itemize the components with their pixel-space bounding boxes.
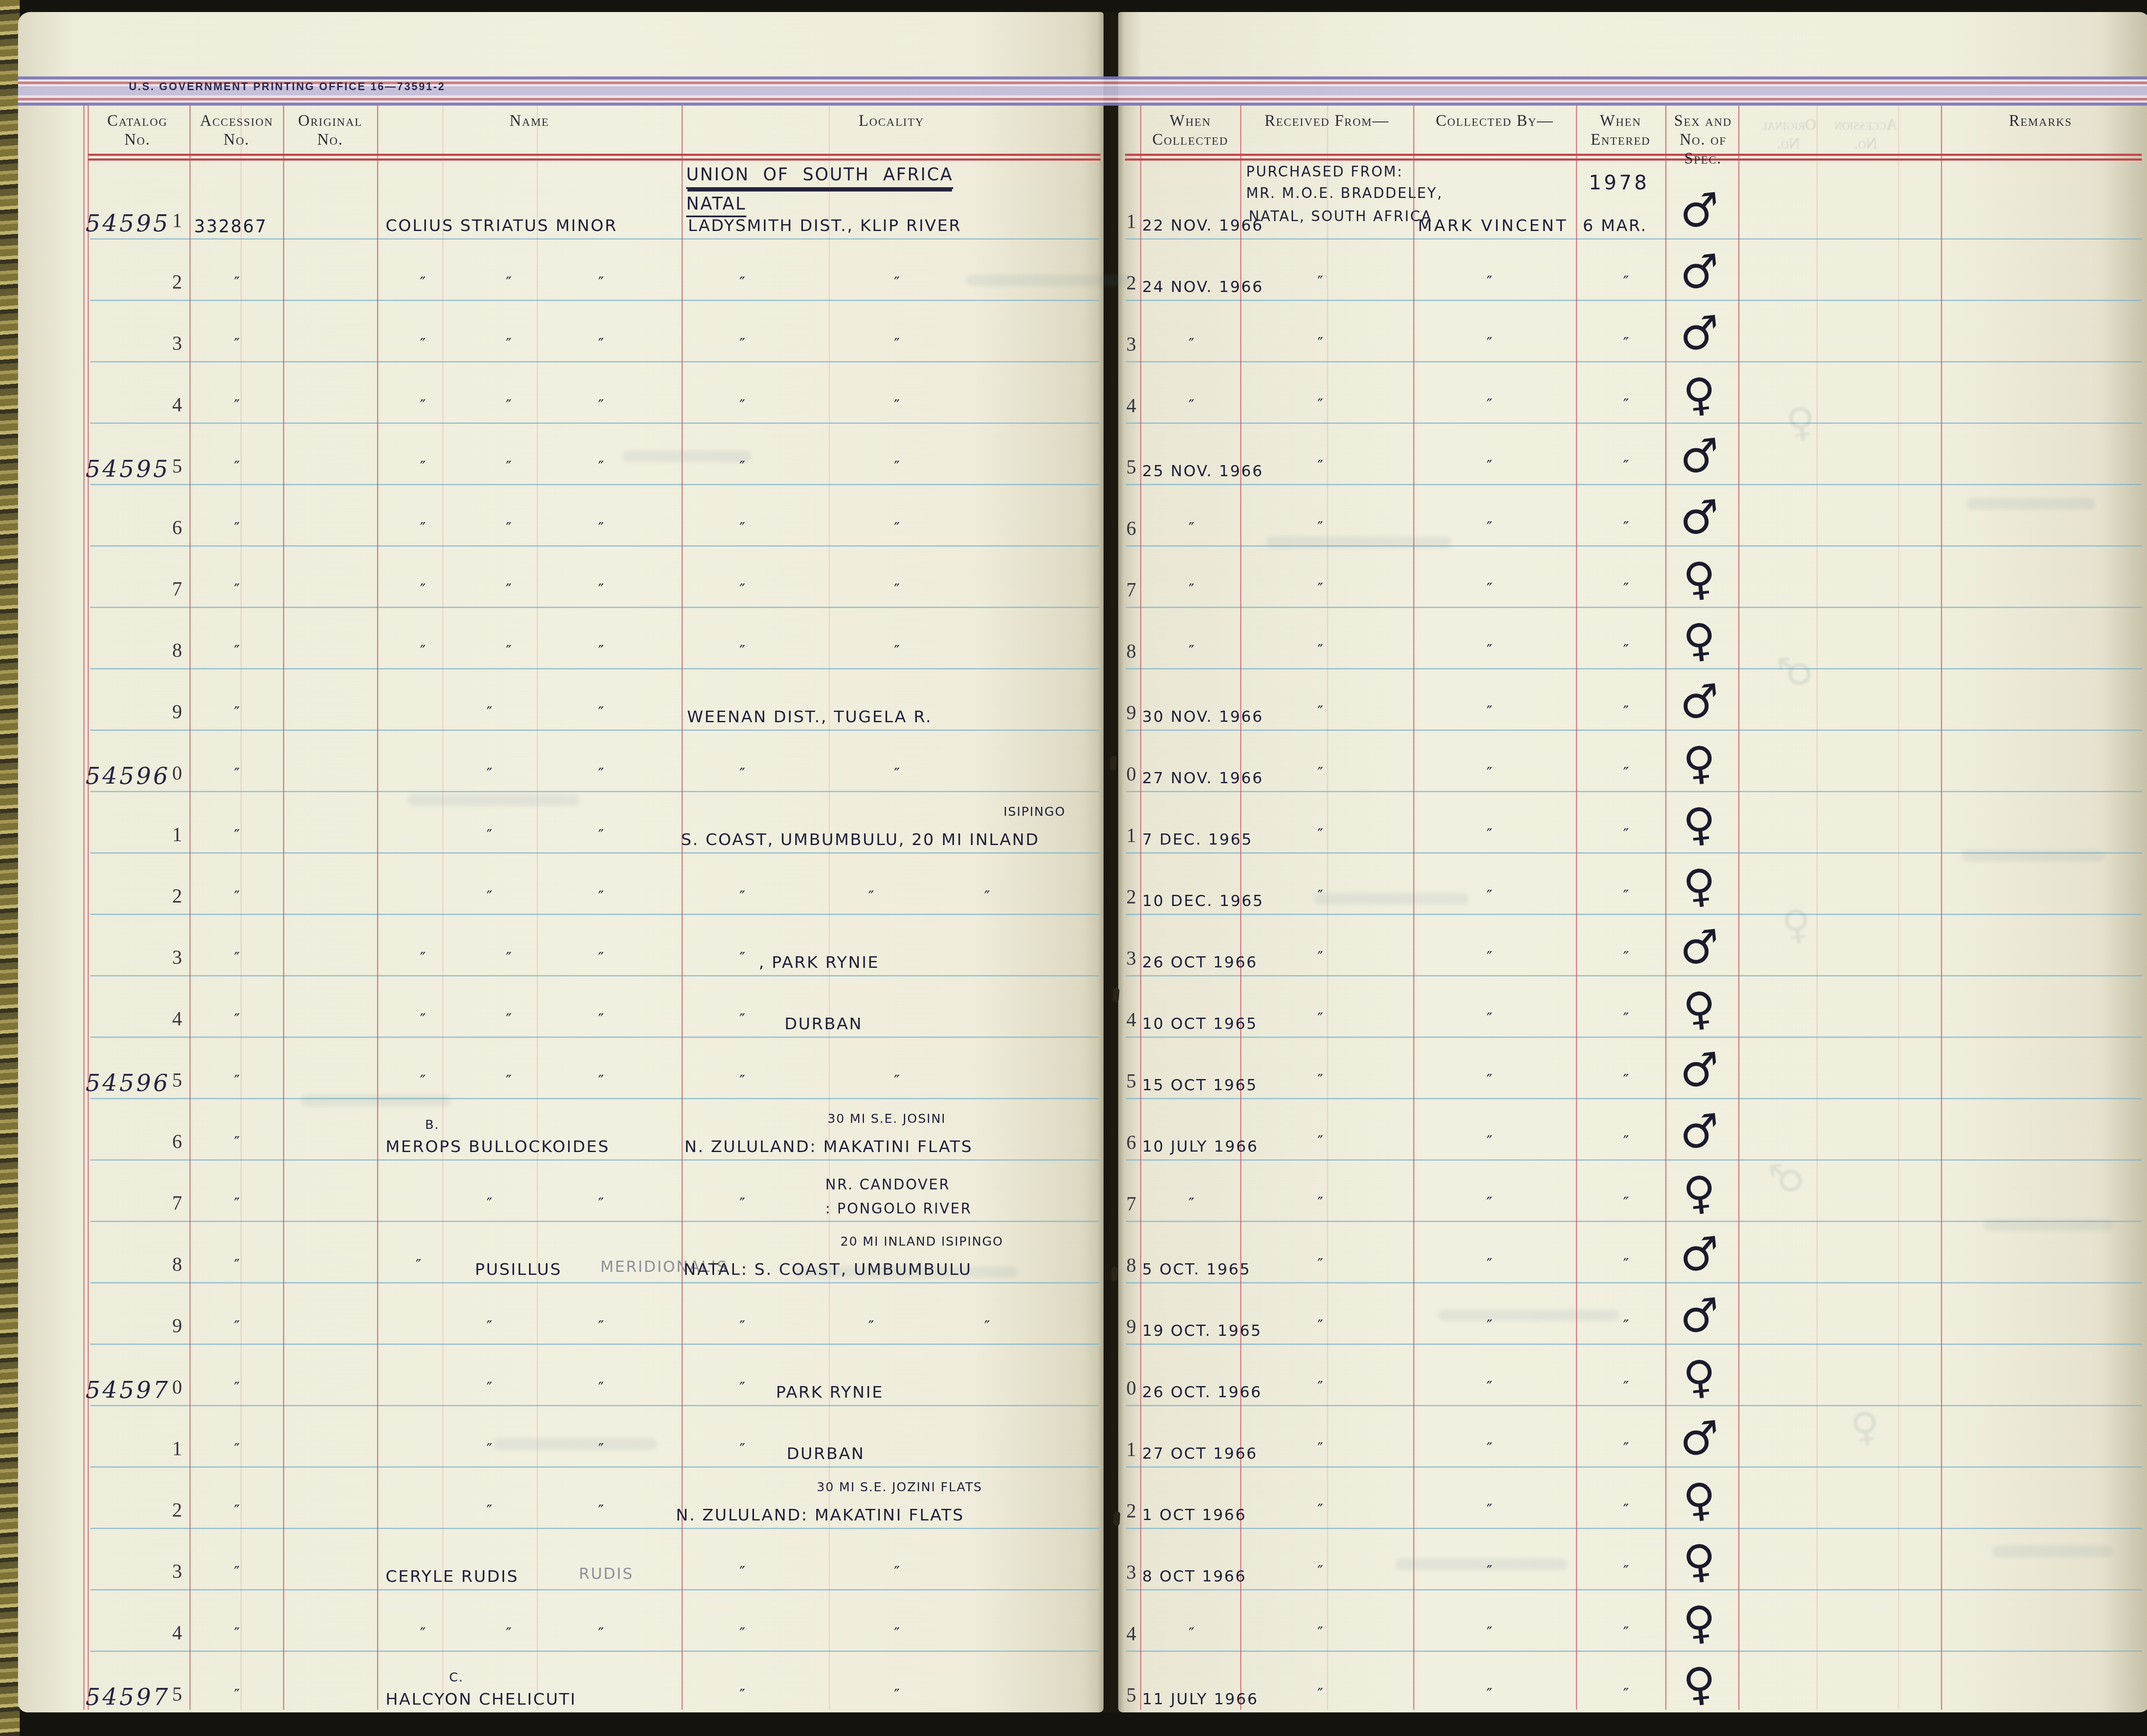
cell-locality-ditto-r23: ″ <box>894 1563 900 1581</box>
cell-locality-ditto-r5: ″ <box>894 458 900 476</box>
cell-name-ditto-r8: ″ <box>420 642 426 660</box>
region-heading-line1: UNION OF SOUTH AFRICA <box>686 165 953 189</box>
cell-when-collected-r14: 10 OCT 1965 <box>1142 1015 1258 1033</box>
cell-received-from-ditto-r21: ″ <box>1317 1440 1323 1457</box>
cell-when-collected-rowdigit-r11: 1 <box>1114 824 1136 847</box>
cell-name-ditto-r21: ″ <box>487 1441 492 1458</box>
cell-sex-symbol-r20: ♀ <box>1669 1348 1730 1406</box>
cell-name-ditto-r15: ″ <box>598 1072 604 1090</box>
cell-collected-by-ditto-r16: ″ <box>1487 1133 1492 1150</box>
cell-collected-by-ditto-r3: ″ <box>1487 334 1492 352</box>
cell-locality-ditto-r24: ″ <box>739 1625 745 1642</box>
cell-locality-r13: , PARK RYNIE <box>759 953 879 972</box>
cell-accession-r1: 332867 <box>194 217 268 237</box>
cell-received-from-ditto-r4: ″ <box>1317 396 1323 413</box>
column-header-when-entered: When Entered <box>1590 112 1650 149</box>
column-header-collected-by: Collected By— <box>1436 112 1554 131</box>
cell-locality-r14: DURBAN <box>785 1014 863 1033</box>
blue-rule-line <box>1126 1037 2142 1038</box>
cell-when-collected-r13: 26 OCT 1966 <box>1142 954 1258 971</box>
cell-locality-super-r18: 20 MI INLAND ISIPINGO <box>840 1234 1004 1249</box>
cell-catalog-rowdigit-r19: 9 <box>172 1314 182 1337</box>
blue-rule-line <box>1126 238 2142 240</box>
cell-name-ditto-r20: ″ <box>598 1379 604 1397</box>
cell-name-ditto-r11: ″ <box>598 827 604 844</box>
bleed-through-ghost <box>408 794 580 806</box>
cell-when-collected-r21: 27 OCT 1966 <box>1142 1445 1258 1462</box>
bleed-through-ghost <box>1984 1219 2113 1231</box>
cell-accession-ditto-r12: ″ <box>234 888 240 906</box>
cell-when-collected-rowdigit-r24: 4 <box>1114 1622 1136 1645</box>
column-header-catalog: Catalog No. <box>107 112 168 149</box>
cell-locality-ditto-r2: ″ <box>739 274 745 292</box>
cell-name-ditto-r5: ″ <box>598 458 604 476</box>
cell-name-ditto-r13: ″ <box>420 949 426 967</box>
cell-received-from-ditto-r8: ″ <box>1317 641 1323 659</box>
blue-rule-line <box>1126 668 2142 669</box>
cell-when-entered-ditto-r6: ″ <box>1623 519 1629 536</box>
cell-name-ditto-r3: ″ <box>506 335 511 353</box>
cell-sex-symbol-r19: ♂ <box>1669 1287 1730 1345</box>
cell-accession-ditto-r21: ″ <box>234 1441 240 1458</box>
cell-catalog-prefix-r15: 54596 <box>68 1070 170 1097</box>
cell-received-from-ditto-r10: ″ <box>1317 764 1323 782</box>
cell-sex-symbol-r25: ♀ <box>1669 1655 1730 1713</box>
column-line <box>1413 106 1414 1710</box>
cell-received-from-ditto-r15: ″ <box>1317 1071 1323 1089</box>
cell-accession-ditto-r14: ″ <box>234 1011 240 1028</box>
cell-locality-r16: N. ZULULAND: MAKATINI FLATS <box>684 1137 973 1156</box>
blue-rule-line <box>1126 1651 2142 1652</box>
cell-locality-ditto-r12: ″ <box>868 888 874 906</box>
cell-when-entered-ditto-r2: ″ <box>1623 273 1629 291</box>
cell-received-from-ditto-r2: ″ <box>1317 273 1323 291</box>
cell-collected-by-r1: MARK VINCENT <box>1418 216 1568 235</box>
cell-received-from-ditto-r19: ″ <box>1317 1317 1323 1335</box>
blue-rule-line <box>1126 1528 2142 1529</box>
cell-when-collected-r9: 30 NOV. 1966 <box>1142 708 1263 726</box>
cell-catalog-rowdigit-r24: 4 <box>172 1621 182 1644</box>
cell-when-collected-rowdigit-r2: 2 <box>1114 271 1136 294</box>
cell-when-collected-r11: 7 DEC. 1965 <box>1142 831 1253 848</box>
cell-when-entered-ditto-r14: ″ <box>1623 1010 1629 1028</box>
cell-locality-ditto-r12: ″ <box>984 888 990 906</box>
cell-name-ditto-r22: ″ <box>598 1502 604 1520</box>
column-line <box>1327 106 1328 1710</box>
column-line <box>1738 106 1739 1710</box>
column-line <box>1140 106 1141 1710</box>
cell-locality-ditto-r10: ″ <box>894 765 900 783</box>
cell-when-collected-rowdigit-r22: 2 <box>1114 1499 1136 1522</box>
cell-name-ditto-r15: ″ <box>420 1072 426 1090</box>
cell-when-entered-ditto-r23: ″ <box>1623 1563 1629 1580</box>
cell-when-collected-rowdigit-r25: 5 <box>1114 1684 1136 1706</box>
cell-catalog-rowdigit-r1: 1 <box>172 209 182 232</box>
cell-accession-ditto-r7: ″ <box>234 581 240 599</box>
cell-locality-line2-r17: : PONGOLO RIVER <box>825 1200 972 1217</box>
bleed-through-ghost <box>301 1095 451 1106</box>
cell-locality-super-r16: 30 MI S.E. JOSINI <box>827 1111 946 1126</box>
cell-catalog-rowdigit-r21: 1 <box>172 1437 182 1460</box>
cell-catalog-rowdigit-r25: 5 <box>172 1683 182 1706</box>
ledger-scan: U.S. GOVERNMENT PRINTING OFFICE 16—73591… <box>0 0 2147 1736</box>
cell-accession-ditto-r3: ″ <box>234 335 240 353</box>
cell-locality-super-r22: 30 MI S.E. JOZINI FLATS <box>817 1480 982 1494</box>
cell-when-entered-ditto-r7: ″ <box>1623 580 1629 598</box>
column-line <box>283 106 284 1710</box>
cell-when-collected-ditto-r17: ″ <box>1189 1195 1194 1213</box>
column-line <box>377 106 378 1710</box>
cell-accession-ditto-r22: ″ <box>234 1502 240 1520</box>
cell-when-collected-rowdigit-r6: 6 <box>1114 517 1136 540</box>
blue-rule-line <box>1126 1282 2142 1283</box>
bleed-through-ghost <box>1992 1546 2113 1557</box>
cell-locality-ditto-r21: ″ <box>739 1441 745 1458</box>
cell-received-from-ditto-r25: ″ <box>1317 1685 1323 1703</box>
cell-name-ditto-r6: ″ <box>598 520 604 537</box>
cell-when-entered-r1: 6 MAR. <box>1583 216 1647 235</box>
cell-received-from-ditto-r14: ″ <box>1317 1010 1323 1028</box>
cell-collected-by-ditto-r18: ″ <box>1487 1256 1492 1273</box>
cell-name-ditto-r8: ″ <box>598 642 604 660</box>
header-rule-left <box>88 154 1101 161</box>
cell-catalog-rowdigit-r10: 0 <box>172 762 182 784</box>
cell-catalog-rowdigit-r3: 3 <box>172 332 182 355</box>
cell-collected-by-ditto-r17: ″ <box>1487 1194 1492 1212</box>
column-line <box>1816 106 1818 1710</box>
cell-collected-by-ditto-r12: ″ <box>1487 887 1492 905</box>
cell-name-ditto-r3: ″ <box>598 335 604 353</box>
cell-name-ditto-r10: ″ <box>487 765 492 783</box>
cell-name-ditto-r24: ″ <box>420 1625 426 1642</box>
cell-collected-by-ditto-r25: ″ <box>1487 1685 1492 1703</box>
column-line <box>681 106 683 1710</box>
column-line <box>442 106 444 1710</box>
cell-received-from-ditto-r9: ″ <box>1317 703 1323 721</box>
cell-when-entered-ditto-r13: ″ <box>1623 949 1629 966</box>
cell-collected-by-ditto-r5: ″ <box>1487 457 1492 475</box>
cell-accession-ditto-r9: ″ <box>234 704 240 721</box>
cell-when-collected-rowdigit-r13: 3 <box>1114 947 1136 970</box>
column-header-when-collected: When Collected <box>1153 112 1229 149</box>
cell-when-collected-ditto-r6: ″ <box>1189 520 1194 537</box>
cell-received-from-ditto-r23: ″ <box>1317 1563 1323 1580</box>
cell-sex-symbol-r2: ♂ <box>1669 243 1730 301</box>
blue-rule-line <box>1126 730 2142 731</box>
cell-when-collected-ditto-r8: ″ <box>1189 642 1194 660</box>
cell-collected-by-ditto-r2: ″ <box>1487 273 1492 291</box>
printer-mark: U.S. GOVERNMENT PRINTING OFFICE 16—73591… <box>129 81 445 93</box>
blue-rule-line <box>1126 791 2142 792</box>
cell-collected-by-ditto-r13: ″ <box>1487 949 1492 966</box>
cell-locality-ditto-r25: ″ <box>894 1686 900 1704</box>
cell-locality-ditto-r2: ″ <box>894 274 900 292</box>
cell-sex-symbol-r9: ♂ <box>1669 673 1730 731</box>
cell-locality-super-r11: ISIPINGO <box>1004 804 1066 819</box>
cell-catalog-rowdigit-r12: 2 <box>172 885 182 907</box>
cell-catalog-rowdigit-r20: 0 <box>172 1376 182 1399</box>
cell-name-ditto-r4: ″ <box>598 397 604 414</box>
cell-name-ditto-r12: ″ <box>487 888 492 906</box>
cell-catalog-rowdigit-r13: 3 <box>172 946 182 969</box>
cell-catalog-rowdigit-r6: 6 <box>172 516 182 539</box>
cell-locality-r11: S. COAST, UMBUMBULU, 20 MI INLAND <box>681 830 1040 849</box>
column-header-name: Name <box>510 112 550 131</box>
bleed-ghost-sex-symbol: ♂ <box>1775 646 1816 696</box>
cell-sex-symbol-r8: ♀ <box>1669 611 1730 669</box>
cell-catalog-rowdigit-r4: 4 <box>172 393 182 416</box>
cell-when-collected-rowdigit-r3: 3 <box>1114 333 1136 356</box>
cell-name-ditto-r6: ″ <box>506 520 511 537</box>
cell-sex-symbol-r1: ♂ <box>1669 182 1730 240</box>
region-heading-line2: NATAL <box>686 194 746 217</box>
cell-locality-ditto-r3: ″ <box>894 335 900 353</box>
cell-when-collected-rowdigit-r19: 9 <box>1114 1315 1136 1338</box>
bleed-through-ghost <box>623 451 751 462</box>
cell-collected-by-ditto-r19: ″ <box>1487 1317 1492 1335</box>
cell-when-entered-ditto-r17: ″ <box>1623 1194 1629 1212</box>
blue-rule-line <box>1126 975 2142 976</box>
cell-when-entered-ditto-r19: ″ <box>1623 1317 1629 1335</box>
cell-locality-ditto-r19: ″ <box>984 1318 990 1335</box>
cell-when-collected-r5: 25 NOV. 1966 <box>1142 462 1263 480</box>
cell-catalog-rowdigit-r17: 7 <box>172 1192 182 1214</box>
cell-accession-ditto-r10: ″ <box>234 765 240 783</box>
cell-name-ditto-r2: ″ <box>506 274 511 292</box>
cell-received-from-ditto-r11: ″ <box>1317 826 1323 843</box>
cell-when-entered-ditto-r4: ″ <box>1623 396 1629 413</box>
cell-collected-by-ditto-r4: ″ <box>1487 396 1492 413</box>
column-line <box>829 106 830 1710</box>
cell-accession-ditto-r5: ″ <box>234 458 240 476</box>
cell-catalog-rowdigit-r5: 5 <box>172 455 182 477</box>
ledger-page-right <box>1118 12 2147 1712</box>
cell-collected-by-ditto-r14: ″ <box>1487 1010 1492 1028</box>
cell-when-collected-rowdigit-r10: 0 <box>1114 763 1136 785</box>
cell-when-collected-ditto-r24: ″ <box>1189 1625 1194 1642</box>
cell-collected-by-ditto-r11: ″ <box>1487 826 1492 843</box>
cell-sex-symbol-r18: ♂ <box>1669 1225 1730 1283</box>
cell-when-collected-r16: 10 JULY 1966 <box>1142 1138 1259 1155</box>
cell-catalog-prefix-r1: 54595 <box>68 210 170 237</box>
cell-name-ditto-r7: ″ <box>506 581 511 599</box>
cell-sex-symbol-r13: ♂ <box>1669 918 1730 976</box>
bleed-through-ghost <box>1962 850 2104 861</box>
blue-rule-line <box>1126 300 2142 301</box>
cell-when-entered-ditto-r22: ″ <box>1623 1501 1629 1519</box>
cell-locality-r18: NATAL: S. COAST, UMBUMBULU <box>684 1260 972 1279</box>
cell-locality-ditto-r14: ″ <box>739 1011 745 1028</box>
cell-name-ditto-r22: ″ <box>487 1502 492 1520</box>
cell-received-from-ditto-r17: ″ <box>1317 1194 1323 1212</box>
column-header-locality: Locality <box>859 112 924 131</box>
cell-name-ditto-r5: ″ <box>506 458 511 476</box>
cell-when-entered-ditto-r20: ″ <box>1623 1378 1629 1396</box>
cell-when-entered-ditto-r11: ″ <box>1623 826 1629 843</box>
cell-collected-by-ditto-r21: ″ <box>1487 1440 1492 1457</box>
cell-accession-ditto-r2: ″ <box>234 274 240 292</box>
cell-when-collected-rowdigit-r1: 1 <box>1114 210 1136 233</box>
cell-name-ditto-r11: ″ <box>487 827 492 844</box>
cell-locality-ditto-r19: ″ <box>739 1318 745 1335</box>
column-line <box>83 106 85 1710</box>
cell-when-collected-rowdigit-r20: 0 <box>1114 1377 1136 1399</box>
bleed-through-ghost <box>1438 1310 1619 1321</box>
cell-received-from-ditto-r20: ″ <box>1317 1378 1323 1396</box>
cell-name-ditto-r12: ″ <box>598 888 604 906</box>
cell-accession-ditto-r18: ″ <box>234 1256 240 1274</box>
cell-when-collected-r10: 27 NOV. 1966 <box>1142 769 1263 787</box>
cell-name-ditto-r7: ″ <box>420 581 426 599</box>
bleed-through-ghost <box>1396 1559 1567 1570</box>
column-header-original: Original No. <box>298 112 362 149</box>
cell-sex-symbol-r6: ♂ <box>1669 489 1730 547</box>
cell-collected-by-ditto-r24: ″ <box>1487 1624 1492 1642</box>
cell-name-ditto-r19: ″ <box>487 1318 492 1335</box>
cell-accession-ditto-r20: ″ <box>234 1379 240 1397</box>
cell-catalog-prefix-r5: 54595 <box>68 456 170 483</box>
received-from-note-line1: PURCHASED FROM: <box>1246 163 1403 180</box>
cell-when-collected-rowdigit-r12: 2 <box>1114 885 1136 908</box>
cell-when-entered-ditto-r3: ″ <box>1623 334 1629 352</box>
cell-catalog-rowdigit-r14: 4 <box>172 1007 182 1030</box>
cell-collected-by-ditto-r20: ″ <box>1487 1378 1492 1396</box>
cell-locality-r21: DURBAN <box>787 1444 865 1463</box>
bleed-ghost-header: Original No. <box>1761 115 1816 153</box>
cell-catalog-rowdigit-r2: 2 <box>172 271 182 293</box>
cell-sex-symbol-r12: ♀ <box>1669 857 1730 915</box>
cell-accession-ditto-r4: ″ <box>234 397 240 414</box>
cell-collected-by-ditto-r15: ″ <box>1487 1071 1492 1089</box>
cell-sex-symbol-r10: ♀ <box>1669 734 1730 792</box>
cell-sex-symbol-r17: ♀ <box>1669 1164 1730 1222</box>
cell-name-ditto-r2: ″ <box>420 274 426 292</box>
cell-locality-ditto-r24: ″ <box>894 1625 900 1642</box>
cell-when-collected-ditto-r7: ″ <box>1189 581 1194 599</box>
cell-received-from-ditto-r6: ″ <box>1317 519 1323 536</box>
blue-rule-line <box>1126 1405 2142 1406</box>
cell-locality-ditto-r4: ″ <box>894 397 900 414</box>
cell-name-ditto-r9: ″ <box>487 704 492 721</box>
cell-collected-by-ditto-r8: ″ <box>1487 641 1492 659</box>
cell-name-ditto-r20: ″ <box>487 1379 492 1397</box>
blue-rule-line <box>1126 914 2142 915</box>
bleed-ghost-sex-symbol: ♂ <box>1766 1153 1808 1203</box>
cell-when-collected-r23: 8 OCT 1966 <box>1142 1568 1247 1585</box>
cell-locality-ditto-r17: ″ <box>739 1195 745 1213</box>
cell-locality-ditto-r3: ″ <box>739 335 745 353</box>
cell-accession-ditto-r15: ″ <box>234 1072 240 1090</box>
cell-received-from-ditto-r3: ″ <box>1317 334 1323 352</box>
cell-accession-ditto-r17: ″ <box>234 1195 240 1213</box>
blue-rule-line <box>1126 1344 2142 1345</box>
cell-accession-ditto-r16: ″ <box>234 1134 240 1151</box>
cell-locality-ditto-r15: ″ <box>739 1072 745 1090</box>
cell-received-from-ditto-r5: ″ <box>1317 457 1323 475</box>
cell-when-entered-ditto-r16: ″ <box>1623 1133 1629 1150</box>
bleed-through-ghost <box>966 275 1129 286</box>
blue-rule-line <box>1126 1466 2142 1468</box>
cell-name-ditto-r17: ″ <box>598 1195 604 1213</box>
cell-catalog-rowdigit-r8: 8 <box>172 639 182 662</box>
cell-name-ditto-r8: ″ <box>506 642 511 660</box>
cell-name-ditto-r10: ″ <box>598 765 604 783</box>
cell-collected-by-ditto-r7: ″ <box>1487 580 1492 598</box>
cell-name-ditto-r17: ″ <box>487 1195 492 1213</box>
cell-when-entered-ditto-r24: ″ <box>1623 1624 1629 1642</box>
cell-when-collected-r25: 11 JULY 1966 <box>1142 1690 1259 1708</box>
cell-name-ditto-r13: ″ <box>598 949 604 967</box>
cell-name-ditto-r2: ″ <box>598 274 604 292</box>
book-edge-left-marble <box>0 0 20 1736</box>
cell-catalog-rowdigit-r16: 6 <box>172 1130 182 1153</box>
cell-locality-ditto-r5: ″ <box>739 458 745 476</box>
cell-locality-r22: N. ZULULAND: MAKATINI FLATS <box>676 1505 964 1524</box>
cell-catalog-rowdigit-r22: 2 <box>172 1499 182 1521</box>
cell-locality-ditto-r6: ″ <box>739 520 745 537</box>
cell-when-entered-ditto-r5: ″ <box>1623 457 1629 475</box>
received-from-note-line3: NATAL, SOUTH AFRICA <box>1249 208 1432 225</box>
cell-name-r18: PUSILLUS <box>475 1260 562 1279</box>
cell-collected-by-ditto-r6: ″ <box>1487 519 1492 536</box>
cell-sex-symbol-r5: ♂ <box>1669 427 1730 485</box>
cell-when-collected-rowdigit-r21: 1 <box>1114 1438 1136 1461</box>
cell-when-collected-ditto-r4: ″ <box>1189 397 1194 414</box>
cell-when-collected-rowdigit-r9: 9 <box>1114 701 1136 724</box>
column-line <box>1665 106 1667 1710</box>
cell-when-entered-ditto-r15: ″ <box>1623 1071 1629 1089</box>
cell-catalog-rowdigit-r11: 1 <box>172 823 182 846</box>
cell-name-ditto-r18: ″ <box>416 1256 421 1274</box>
header-rule-right <box>1125 154 2142 161</box>
cell-locality-ditto-r6: ″ <box>894 520 900 537</box>
cell-sex-symbol-r24: ♀ <box>1669 1594 1730 1652</box>
cell-locality-ditto-r20: ″ <box>739 1379 745 1397</box>
cell-locality-r20: PARK RYNIE <box>776 1383 884 1402</box>
column-header-accession: Accession No. <box>200 112 273 149</box>
cell-locality-r1: LADYSMITH DIST., KLIP RIVER <box>688 216 961 235</box>
cell-name-ditto-r19: ″ <box>598 1318 604 1335</box>
cell-accession-ditto-r13: ″ <box>234 949 240 967</box>
cell-name-ditto-r14: ″ <box>420 1011 426 1028</box>
cell-name-ditto-r14: ″ <box>506 1011 511 1028</box>
cell-name-ditto-r24: ″ <box>506 1625 511 1642</box>
cell-accession-ditto-r25: ″ <box>234 1686 240 1704</box>
cell-when-entered-ditto-r18: ″ <box>1623 1256 1629 1273</box>
cell-catalog-rowdigit-r23: 3 <box>172 1560 182 1583</box>
cell-locality-ditto-r13: ″ <box>739 949 745 967</box>
cell-locality-ditto-r8: ″ <box>739 642 745 660</box>
cell-sex-symbol-r14: ♀ <box>1669 980 1730 1038</box>
cell-name-ditto-r24: ″ <box>598 1625 604 1642</box>
cell-collected-by-ditto-r10: ″ <box>1487 764 1492 782</box>
cell-locality-ditto-r8: ″ <box>894 642 900 660</box>
cell-name-r16: MEROPS BULLOCKOIDES <box>386 1137 610 1156</box>
column-line <box>1941 106 1942 1710</box>
cell-received-from-ditto-r7: ″ <box>1317 580 1323 598</box>
blue-rule-line <box>1126 1589 2142 1590</box>
blue-rule-line <box>1126 607 2142 608</box>
cell-name-super-r25: C. <box>449 1670 463 1684</box>
blue-rule-line <box>1126 423 2142 424</box>
cell-locality-ditto-r7: ″ <box>739 581 745 599</box>
cell-accession-ditto-r11: ″ <box>234 827 240 844</box>
cell-when-collected-r18: 5 OCT. 1965 <box>1142 1261 1251 1278</box>
column-line <box>240 106 242 1710</box>
cell-sex-symbol-r15: ♂ <box>1669 1041 1730 1099</box>
cell-accession-ditto-r23: ″ <box>234 1563 240 1581</box>
bleed-through-ghost <box>1314 893 1469 904</box>
